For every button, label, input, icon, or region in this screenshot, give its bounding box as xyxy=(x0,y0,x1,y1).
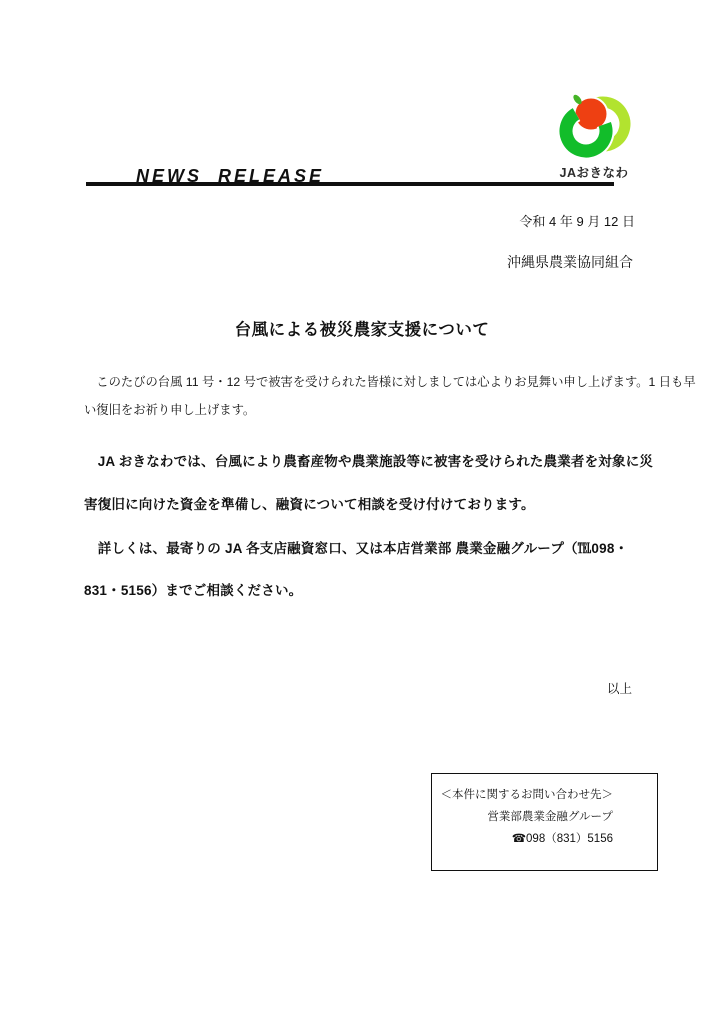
logo-caption: JAおきなわ xyxy=(550,163,638,181)
contact-box: ＜本件に関するお問い合わせ先＞ 営業部農業金融グループ ☎098（831）515… xyxy=(431,773,658,871)
contact-box-heading: ＜本件に関するお問い合わせ先＞ xyxy=(432,784,613,806)
paragraph-2-line-1: JA おきなわでは、台風により農畜産物や農業施設等に被害を受けられた農業者を対象… xyxy=(84,450,653,470)
paragraph-1-line-1: このたびの台風 11 号・12 号で被害を受けられた皆様に対しましては心よりお見… xyxy=(84,372,696,390)
ja-okinawa-logo-icon xyxy=(551,94,635,160)
paragraph-2-line-2: 害復旧に向けた資金を準備し、融資について相談を受け付けております。 xyxy=(84,493,535,513)
header-rule xyxy=(86,182,614,186)
paragraph-1-line-2: い復旧をお祈り申し上げます。 xyxy=(84,400,255,418)
closing-text: 以上 xyxy=(607,679,632,697)
ja-okinawa-logo xyxy=(551,94,639,165)
paragraph-3-line-1: 詳しくは、最寄りの JA 各支店融資窓口、又は本店営業部 農業金融グループ（℡0… xyxy=(84,537,628,557)
organization-name: 沖縄県農業協同組合 xyxy=(507,252,633,272)
contact-box-department: 営業部農業金融グループ xyxy=(432,806,613,828)
paragraph-3-line-2: 831・5156）までご相談ください。 xyxy=(84,579,302,599)
document-title: 台風による被災農家支援について xyxy=(0,316,724,340)
contact-box-phone: ☎098（831）5156 xyxy=(432,828,613,850)
release-date: 令和 4 年 9 月 12 日 xyxy=(519,211,635,230)
press-release-page: { "header": { "news_release": "NEWS RELE… xyxy=(0,0,724,1024)
